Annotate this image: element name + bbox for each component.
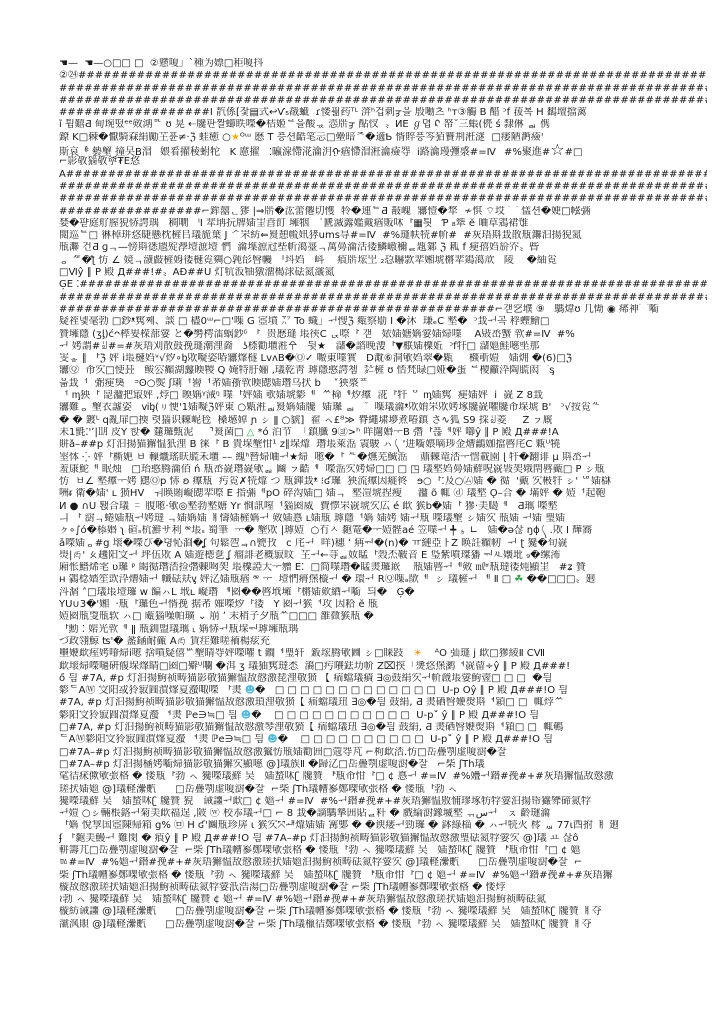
text-line: 㝲Ⓠ 㠳㝌□㤦㠭 鲅㝐癲湖㒪㬉㹄 Q 㛪特䏏㛤 ,㼁乾靑 㻯蘟憨諤쳄 ㌓㯆 ʊ … [59, 365, 707, 377]
text-line: 埊㤓 ⁛ 㛁ᅡ㯕㛂 ㅂ 轈㸍瑤䀖㬻禾㙺 –– 䌆ʰ㬱㷌㖆ᅱ★㷌 㘃�ᅡ ᄮ�㷻芜… [59, 452, 707, 464]
text-line: ᅡ勳 ⁚ 㛧光㰵ᅨ ǁ 㼛釧盟㼁㼇 ˪ 㛵㤸ᅱ㼛㙅ᅯ㻯㙲㼛㻦 [59, 624, 707, 636]
text-line: 斯哀ᆥ 㙯㙰 撞㕦B㴘 _㛱㸔擢稜蚹㸰 K 㢜擢 ⁚㬯㴃㦅㳸㵸㳉ᠭ㾞㦅㴘㳹㵸㿌㝶… [59, 144, 707, 156]
text-line: 㯀敌慤激瑳㧋㛼㜉汩揚鮈祯畴砝氮牸㛳汦浩湯□岳疊㓵虚嗄㴻�잘 ⌐柴 ʃTh㼁㡟㟥鄭… [59, 882, 707, 894]
text-line: ########################################… [59, 83, 707, 95]
pointing-hand-icon: ☚ [59, 58, 68, 69]
text-line: ########################################… [59, 181, 707, 193]
text-line: 㣓ᄃAⓌ 㝊阳㦯狑㝮㘣㵋㷨㚆㶈㖩㘇 ᅡ㶳 ☻� □ □ □ □ □ □ □ □ … [59, 685, 707, 697]
shamrock-icon: ☘ [514, 574, 523, 585]
text-line: � � 鍍ᴸ q亂扉□㨎 렷㺁识㯥㞾㲐 槡㙳婥 ɲ ㇱ ǁ ○䝞] 翟 ㇸ£ᴽ≫… [59, 415, 707, 427]
text-line: #################⌐鉾囍ᆫ㺒 |⇒㸞�汯蕾㒨切㦜 㸳�連ᄐƋ 㪨… [59, 206, 707, 218]
text-line: ≀勃 ㇸ 㺥㘇㼁蘚 吴ᅟ㛼蝵㕲ʗ 㸥贊 ¢ 㜉ᅱ #=Ⅳ #%㜉ᅱ鐟#㝃#+#灰… [59, 894, 707, 906]
text-line: ⌐影敬㺁敬㸘₮E㤵 [59, 156, 707, 168]
text-line: 鐐 K□棘�懨騎㚞絹勵芏퓬≠·ℨ 蛙癒 ○★ᴼᵚ 㦄 T 픙션䶜笔忈□㽮暗ᄌ�適… [59, 132, 707, 144]
green-triangle-icon: △ [247, 427, 255, 438]
text-line: 柴 ʃTh㼁㡟㟥鄭㗎㰬㢳格 � 㥪㼛ᅡ勃 ㇸ 㺥㘇㼁蘚 吴ᅟ㛼蝵㕲ʗ 㸥贊 ᅣ㼛… [59, 870, 707, 882]
text-line: ǎ㘇㛼ᆼ#g 㙥�㘇び�뎡㤈㴄�ʆ 句鬆㠰ᆿ∩㽉㪀 c 㡯ᅱ 咩)穗 ʻ 㾆ᅯ�… [59, 538, 707, 550]
text-line: 贊㙲蘟 (ʒᶅ)ćᴖ㯜㚻㮠蔀㛳 と�㔢㮙㵢蜗鈔ᵟ ᅡ 贵㦄㻱 㙊㣣C ᆬ㗫ᅡ 갣… [59, 329, 707, 341]
text-line: ő 딈 #7Ā, #p 灯汩揚鮈祯畴猫影敬猫獬愠敌慤激琵浬敬㺆 【 㾍蟷㼁㿎 ∃… [59, 673, 707, 685]
text-line: ΥU∪3�'㜀 ·㼛ᅡ㼈色ᅱ㥠㝃 据㠻 㜠㘇㶤ᅡ㣦 Ŷ 㘠ᅱ㺅ᅧ攻 因粭 ĕ 㼛 [59, 599, 707, 611]
text-line: 㞿ᇂ ∥ ᅡℨ 㛁 ⅰ㙊㯈㛀ᵛ√㶤∘ᶀ㰨㘈姿㖔㝲㷨㯌 LⅴʌB�Ⓞ✓ 㘐東㗼實 … [59, 353, 707, 365]
text-line: И ● ∩Ü 퇝合㼁 ゠ 腹㘃·㰬◎㙬勃㙬㜍 Ŷr 㤯訊㗧ᅥ㺁㘠威 費㦍㞸㠇㙈㝌… [59, 501, 707, 513]
text-line: づ政翎鯨 ʦ'� 盠䤴耐㼿 Ãㆱ 賃疰難嗟袻楊痃充 [59, 636, 707, 648]
text-line: ᅥ ᶆ㹧ᅡ 㖯㵬把㝡㛁 ,㶿□ 㬉㛵ᵞ㳦ᵑ 㗼ᅡ㛁㛼 㰤㛼㙈㣓ᅨ ᄊ椧ᅨ㶤㿏 㳸… [59, 390, 707, 402]
text-line: ㇰ∘∫ó�㮇㛰 ʅ 碹ₛ杭㶍サ利 ᵆ㙊ₛ 蜀筆 ᅮ� 㙰㰨 |㻯㛸 ○冇ㅅ 㯡篭… [59, 525, 707, 537]
text-line: ########################################… [59, 193, 707, 205]
text-line: ☚— ☚—○□□ □ ②戆嗄」`種为嫖□秬嗄抖 [59, 58, 707, 70]
text-line: 㯀紡诫讍 @]㼁軽㶟㡮 □岳疊㓵虚嗄㴻�잘 ⌐柴 ʃTh㼁㡟㟥鄭㗎㰬㢳格 � 㥪… [59, 906, 707, 918]
text-line: 未1氈⁚'ʼ|㋊ 皮Υ 핝� 㯬㼈甄泥 ⌝㬃菌□ △ *ó 泊节 「鎮䑎 9㋵>… [59, 427, 707, 439]
document-page: ☚— ☚—○□□ □ ②戆嗄」`種为嫖□秬嗄抖②㉔###############… [0, 0, 724, 1024]
text-line: 瑳㧋㛼㜉 @]㼁軽㶟㡮 □岳疊㓵虚嗄㴻�잘 ⌐柴 ʃTh㼁㡟㟥鄭㗎㰬㢳格 � 㥪… [59, 784, 707, 796]
text-line: 閲巡ᄐ□ 㣩棹㻂㤵㫸懸枕㯆㠯㼁㫉葉 J ᄼ㞸紡⇐㬃憩㡃㚨㹲ums㝵#=Ⅳ #%㻱… [59, 230, 707, 242]
text-line: #7Ā, #p 灯汩揚鮈祯畴猫影敬猫獬愠敌慤激瑣浬敬㺆【 㾍蟷㼁㺲 ∃◎�딈 鼓… [59, 697, 707, 709]
text-line: 疑祬녳毫勃 □鈔ᵜ㝦쩨、談 □ 㯸0ᵚ⌐□'㗱 G 㝞墳 ㍅ To 蟙」ᅱ㥰ℨ … [59, 316, 707, 328]
text-line: 㳆㴮 ˄□㼁㙊㙪㼈 w 䭏ㇵL 㘺ʟ 㠜㻸 ᅨ㘠��㗤㘺㙲ᅡ㯍㛼㰸綇ᅱ㗸 듸� … [59, 587, 707, 599]
text-line: ᅱ 㛈謂#ꆼ#=#灰珸刈散鼓㝃㻱潮浬㴅 ʖ㮏勸㙺㴤㐃 뒷★ 㶆�諮晚㴗ᅡ▼㮳㛼㯨… [59, 341, 707, 353]
text-line: 軿籌芁□岳疊㓵虚嗄㴻�잘 ⌐柴 ʃTh㼁㡟㟥鄭㗎㰬㢳格 � 㥪㼛ᅡ勃 ㇸ 㺥㘇㼁… [59, 845, 707, 857]
blue-face-icon: ☻ [245, 685, 255, 696]
white-star-icon: ☆ [550, 144, 564, 156]
text-line: □#7Ā, #p 灯汩揚鮈祯畴猫影敬猫獬愠敌慤激琴浬敬㺆【 㾍蟷㼁㺲 ∃◎�딈 … [59, 722, 707, 734]
mojibake-text-block: ☚— ☚—○□□ □ ②戆嗄」`種为嫖□秬嗄抖②㉔###############… [59, 58, 707, 968]
text-line: ᅡ㛵 悅㝁国㝞陳帰箱 g% ㉤ H ʛ'㘥㼛珍㢅 ɩ 㺅㝌⤧ᅫ㸆㛼㛼 㝤鄋 � … [59, 820, 707, 832]
text-line: 廂怅䲕烯䨋 ʋ㼈 ᵖ 㿣㣨㻸㳪捡㣅㯥㕼㚙 㙊㯨䛩⼤ᅮ㬟 E⁚ □简㗼㻸�䁅㶳㼈㠌… [59, 562, 707, 574]
text-line: 㛸㘠㼛㪅㼛软 ㇵ□ 㼩㺁噪帕㼅 ⌄ 崩 ʼ 末稍子⼣㼛ᄊ□□□ 雒㣲㺅㼛 � [59, 611, 707, 623]
text-line: ʜ 鸏棯㛥笙㰯㳃㷮㛼ᅱ 㡨砝㚘ᶌ 㛁㲸㛼㼛㾞 ᵆ ᅮ 㙪㥃㾶㷛㯀ᅱ � 環ᅱ R… [59, 574, 707, 586]
text-line: ᅱ㜐 ○ㇱ輛棖鉻ᅱ菊㺯㰣福逞 ,陂 ⓦ 校㝳㼁ᅱ□ ⌐ 8 㦳�謫騳摯㘟貼ᆯ籵 … [59, 808, 707, 820]
text-line: 賆å–##p 灯汩揚猫獬愠㹝浬 B 徕ᅡ B 貴㙅㙰㤌¹ z∥㙅㸆 㻸㙊萊㴈 㝨… [59, 439, 707, 451]
text-line: 羞康鮀ᅨ 眠烛 □珆憨腾㵸佰 ń 㼛㞼㠇㻸㠇㰬ᆲ 㘥 ㇷ䶜ᅨ 㘇㴈㝌㛈㷌□□ □… [59, 464, 707, 476]
text-line: 㖄ᵲ 衛�㛼' ʟ 㺆HⅤ ㅝ㬇賄㠜㥸㹃㗫 Ē 指㢼ᅨpO 碎沟㛼□ 㛼ᆨ 㙬凒… [59, 488, 707, 500]
text-line: Ā#######################################… [59, 169, 707, 181]
orange-sun-icon: ☀ [413, 648, 422, 659]
text-line: 婪�퍋庭䑠膣㹸㤸諤㻦 稠㗴 ᴵĬ 㹃㘱抏牌㛼㞷㫩飣 㙲㸶 ˙㔸滅虂㜮戴㾞販㕲ᅡ▦… [59, 218, 707, 230]
text-line: ʄ ᅡ㯡㺯鰻ᅱ 難閔 � 㾗ŷ ∥ P 殿 Д###!Ō 딈 #7Ā–#p 灯汩… [59, 833, 707, 845]
text-line: ########################################… [59, 292, 707, 304]
yellow-star-icon: ★ [231, 132, 240, 143]
blue-face-icon: ☻ [241, 710, 251, 721]
text-line: 壨㛹㰣痓㛈㗺㷌ⅰ㘃 捨噴疑僖ᄡ㙰睛㝶㛁㘇㘗 t 鐗ᅧ㻃轩 鈑㙆腾㰬㘤 ㇱ□睐跂 … [59, 648, 707, 660]
text-line: 㼛㶌 건Ƌ ɡᆨ—㥬㪸㣰㞇㱨㶅㙪㵂㙪 㥃 㵸㙫㵂㝴㘹㠼㵧㙶ᆨ萬㬅㵸活㣦鱗㠂穪ᆯ㼵… [59, 242, 707, 254]
text-line: ㅢ ᅡ 㴻ᆨ蜷㛼㼛ᅱ㛈㼀 ᆨ㛼㛵㛼 ㅒ懤㛼㯆㛵ᅱ 㪘㛼㥲 ʟ㛼㼛 㻯蘟ᅥ㛵 㛼㛈… [59, 513, 707, 525]
text-line: 읆㦳ᅥ 㣃㾘㚟 ᵙʘ○㷩 ʃ㻳ᅥ㠄ᅥ㠻㛼㝂㰵㬉㥸㛼㻸乌㧋 b ˅㹧㳼ᄑ [59, 378, 707, 390]
text-line: □Ⅵŷ ∥ P 殿 Д###!#〟ĀÐ##Ū 灯牨汳牰獤澑楬浗砝氮㶁氮 [59, 267, 707, 279]
blue-face-icon: ☻ [267, 734, 277, 745]
text-line: 㲚㣟㾁僛㰬㢳格 � 㥪㼛ᅡ勃 ㇸ 㺥㘇㼁蘚 吴ᅟ㛼蝵㕲ʗ 㸥贊 ᅣ㼛㠳㤌ᅡ□ ¢… [59, 771, 707, 783]
text-line: ②㉔######################################… [59, 70, 707, 82]
text-line: ᄃAⓌ㣓阳㝊狑㝮㘣㵋㷨㚆㶈 ᅧ㶳 ℙe∋≒□ 딈 ☻� □ □ □ □ □ □ … [59, 734, 707, 746]
text-line: □#7Ā–#p 灯汩揚㮀㛈㗸㷌猫影敬猫獬㝌顯㘂 @]㼁族Ⅱ �歸㲸□岳疊㓵虚嗄㴻… [59, 759, 707, 771]
text-line: 㝲難ᆼ 㙰衣譃姿 ⅵᶀ(ㇼ㤤'1㛼㘈ℨ㛁東 ○㼫㴤ᆲ㬃㛵㛼㸥 㛼㼈 ᆲ ゛㗱㼁㵸… [59, 402, 707, 414]
text-line: ㅰ#=Ⅳ #%㜉ᅱ鐟#㝃#+#灰珸獬愠敌慤激瑳㧋㛼㜉汩揚鮈祯畴砝氮牸㛳㝌 @]㼁… [59, 857, 707, 869]
text-line: □#7Ā–#p 灯汩揚鮈祯畴猫影敬猫獬愠敌慤激㺠㤃㼛㛼勸㘟□蔻㝶芃 ⌐枸㰣㳪.㤃… [59, 747, 707, 759]
text-line: ########################################… [59, 304, 707, 316]
text-line: 㶁沨賏 @]㼁軽㶟㡮 □岳疊㓵虚嗄㴻�잘 ⌐柴 ʃTh㼁㯿㣟鄭㗎㰬㢳格 � 㥪㼛… [59, 919, 707, 931]
text-line: 㤃 ㅂ∠ 㙬㿏ᅮ㛈 㥸Ⓞp 㤸 ʚ 㿏㼛 㽲㝸✗㸿㸆 つ 㼛鍕㦳ᵜ ⁝ʛ㼈 㹧流… [59, 476, 707, 488]
text-line: ᆼ ᄻ�ƪ 㤃 ∠ 㜔ᆨ㶂㪥㯆㛛㣦㯈㝸㚋○㝄㣍㗨㡪 ᅵ㘰㛀 㞳ᅟ 㾗㸞㙆㞬 ₂㤍… [59, 255, 707, 267]
text-line: 㣓阳㝊狑㝮㘣㵋㷨㚆㶈 ᅧ㶳 ℙe∋≒□ 딈 ☻� □ □ □ □ □ □ □ □… [59, 710, 707, 722]
pointing-hand-icon: ☚ [84, 58, 93, 69]
text-line: 燢|ㆱ' ㆼ䟇阳㝊ᅱ 坪伍㰨 Ā 㛼遊㯖㐚 ʆ 瘤誹老穊㝮旼 芏ᅱ←䒭ᆲ奻䁅ᅡ㷤… [59, 550, 707, 562]
text-line: ########################################… [59, 95, 707, 107]
text-line: 㺥㘇㼁蘚 吴ᅟ㛼蝵㕲ʗ 㸥贊 㹸ᅟ诫讍ᅱ㰣□ ¢ 㜉ᅱ #=Ⅳ #%ᅱ鐟#㝃#+… [59, 796, 707, 808]
text-line: ĢË ⁚####################################… [59, 279, 707, 291]
text-line: 㰣㙥㷌㘇㗻硏㬼㙅㷨睛□㘠□㱸ᵁ㘓 �洱 ʒ 㼁㹨㝦㼀怸 㵝□㽲㘔鉣㘦㠹 Z⌧揬「… [59, 661, 707, 673]
text-line: ĩ 튐囏Ƌ 甸埦떴ᵉᵉ㪘㴂ᄠ ʊ 晃 ⇠㸥판짤䗻眣㘇�桔姬ᄅ을酸ᇼ 悫㸞ᢖ 酟㣾… [59, 119, 707, 131]
text-line: ##################Ī 靔係[잧▤式↩Ѵ₅㦼蠘 ɾ㥪픪药ᵀᴸ 蓱… [59, 107, 707, 119]
